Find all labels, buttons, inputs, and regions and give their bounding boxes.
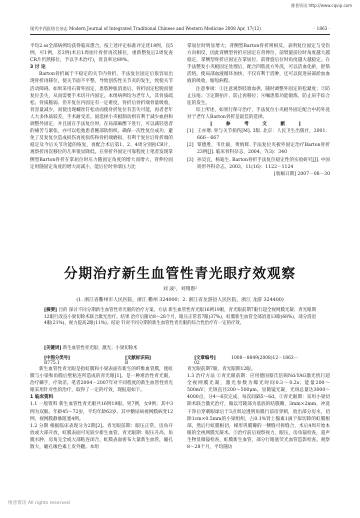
article-right-column: 青光眼前期7眼，青光眼期12眼。 1.3 治疗方法 ①青光眼前期：应用德国蔡氏倍… xyxy=(187,366,330,451)
paragraph: 平均2.ss全部病例均获得临床愈合。按上述评定标准评定优18例，良5例，可1例，… xyxy=(30,43,173,64)
paragraph: 1.2 分期 根据临床表现分为2期[2]。青光眼前期：眼压正常，房角开放或大部开… xyxy=(30,423,173,451)
paragraph: 新生血管性青光眼是指虹膜和小梁表面有新生的纤维血管膜，使虹膜与小梁和角膜后壁粘连… xyxy=(30,366,173,394)
classification-line: [中图分类号] R775.1 [文献标识码] B [文章编号] 1008－884… xyxy=(44,355,324,366)
bottom-watermark: 维普资讯 All rights reserved xyxy=(8,500,70,506)
paragraph: 1.1 一般资料 新生血管性青光眼共16例19眼。男7例，女9例；其中3例为双眼… xyxy=(30,401,173,422)
reference-item: [2]覃德胜，韦壮毅，黄炳辉. 手法复位夹板外固定治疗Barton骨折23例[J… xyxy=(187,142,330,156)
article-left-column: 新生血管性青光眼是指虹膜和小梁表面有新生的纤维血管膜，使虹膜与小梁和角膜后壁粘连… xyxy=(30,366,173,451)
doc-code-label: [文献标识码] xyxy=(125,356,151,361)
page-number: · 1863 · xyxy=(314,26,330,32)
paragraph: 1.3 治疗方法 ①青光眼前期：应用德国蔡氏倍频Nd:YAG激光机行超全视网膜光… xyxy=(187,373,330,451)
keywords: [关键词] 新生血管性青光眼；激光；小梁切除术 xyxy=(44,345,137,351)
abstract-label: [摘要] xyxy=(44,308,57,313)
keywords-text: 新生血管性青光眼；激光；小梁切除术 xyxy=(63,346,138,351)
top-watermark: 维普资讯 http://www.cqvip.com xyxy=(291,3,352,9)
abstract-text: 目的 探讨不同分期新生血管性青光眼的治疗方案。方法 新生血管性青光眼16例19眼… xyxy=(44,308,316,326)
prev-article-left-column: 平均2.ss全部病例均获得临床愈合。按上述评定标准评定优18例，良5例，可1例，… xyxy=(30,43,173,171)
section-heading: 3 讨 论 xyxy=(30,64,173,71)
keywords-label: [关键词] xyxy=(44,346,61,351)
prev-article-right-column: 掌屈位时明显增大；背侧型Barton骨折则相反。表明复位固定与受伤方向相反，因此… xyxy=(187,43,330,178)
reference-item: [1]王亦璁. 骨与关节损伤[M]. 3版. 北京：人民卫生出版社，2001：6… xyxy=(187,128,330,142)
references-heading: [ 参 考 文 献 ] xyxy=(187,121,330,128)
running-head: 现代中西医结合杂志 Modern Journal of Integrated T… xyxy=(30,26,330,35)
reference-item: [3]孙昊宜，杨迪生. Barton骨折手法复位稳定性的实验研究[J]. 中国矫… xyxy=(187,157,330,171)
article-affiliation: (1. 浙江省衢州市人民医院，浙江 衢州 324000；2. 浙江省龙游县人民医… xyxy=(0,296,360,303)
section-heading: 1 临床资料 xyxy=(30,394,173,401)
paragraph: 综上所述，如果行保守治疗，手法复位小夹板外固定配合中药外洗对于老年人Barton… xyxy=(187,107,330,121)
article-title: 分期治疗新生血管性青光眼疗效观察 xyxy=(0,262,360,282)
article-authors: 刘 波¹，刘翔愚² xyxy=(0,285,360,292)
paragraph: 注意事项：①注意观察肢端血供，随时调整外固定的松紧度；②防止压疮；③定期拍片，防… xyxy=(187,86,330,107)
paragraph: 青光眼前期7眼，青光眼期12眼。 xyxy=(187,366,330,373)
received-date: [收稿日期] 2007－08－30 xyxy=(187,171,330,178)
paragraph: 掌屈位时明显增大；背侧型Barton骨折则相反。表明复位固定与受伤方向相反，因此… xyxy=(187,43,330,86)
paragraph: Barton骨折属于不稳定的关节内骨折，手法复位固定后很容易出现骨折再移位，使关… xyxy=(30,71,173,170)
article-abstract: [摘要] 目的 探讨不同分期新生血管性青光眼的治疗方案。方法 新生血管性青光眼1… xyxy=(44,308,316,328)
journal-name: 现代中西医结合杂志 Modern Journal of Integrated T… xyxy=(30,26,261,32)
